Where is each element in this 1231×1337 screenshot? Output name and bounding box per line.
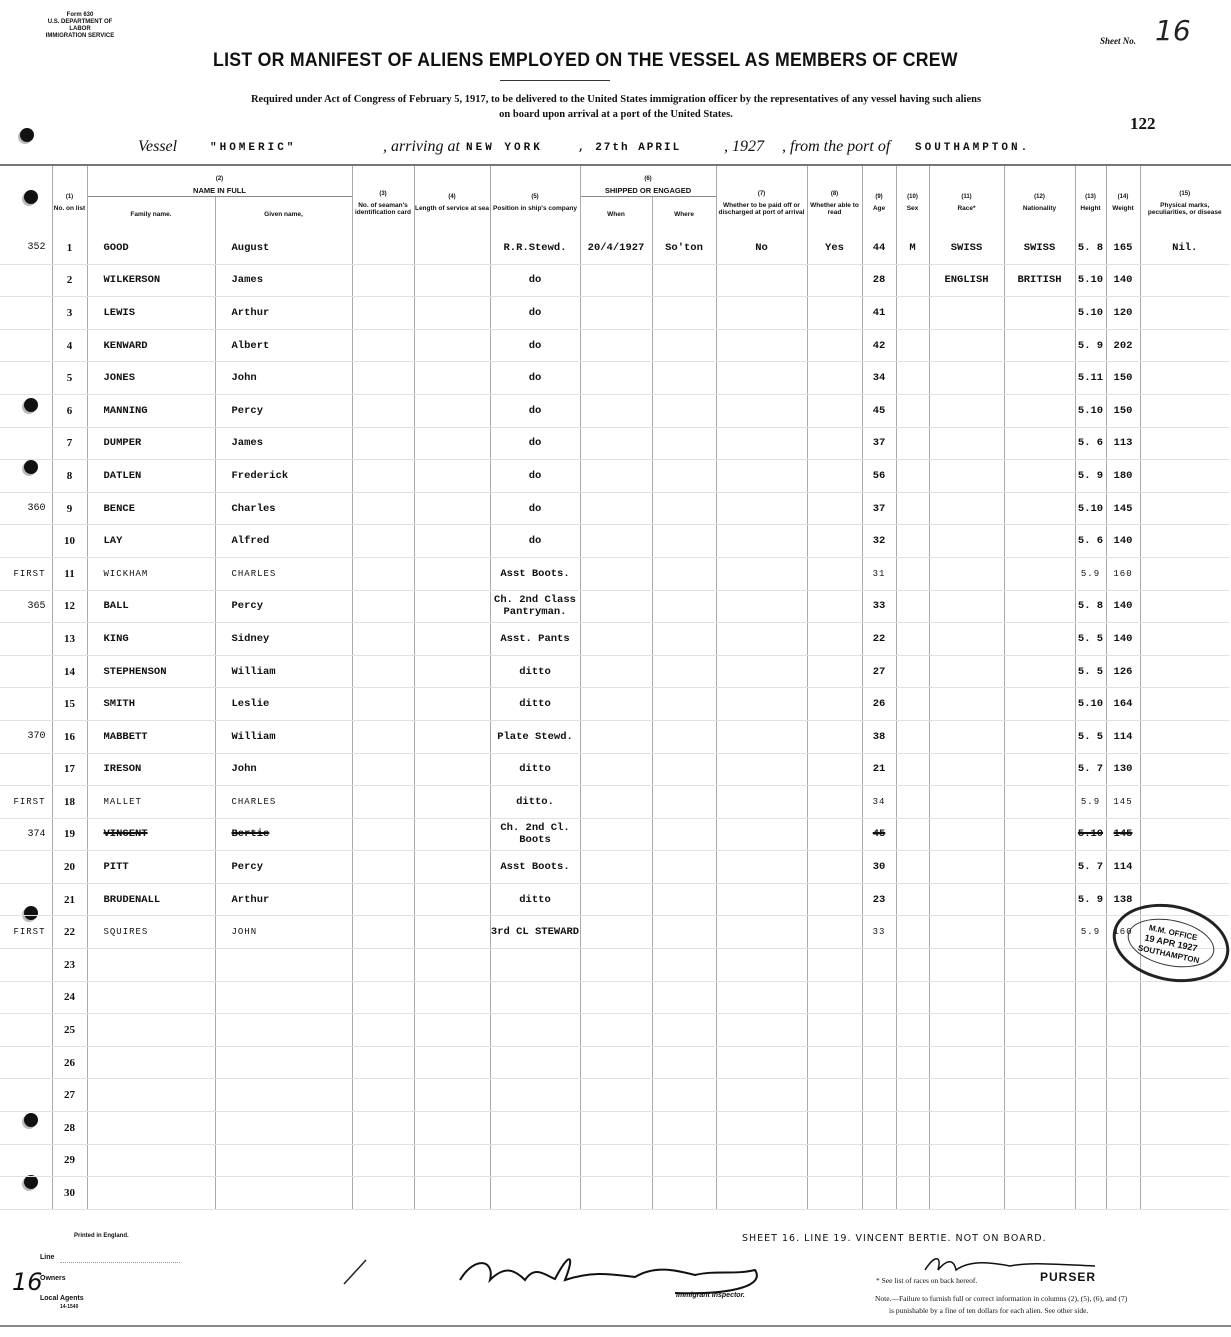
nationality <box>1004 1014 1075 1047</box>
nationality <box>1004 753 1075 786</box>
sex <box>896 1177 929 1210</box>
weight: 114 <box>1106 720 1140 753</box>
id-card <box>352 786 414 819</box>
physical-marks <box>1140 329 1229 362</box>
given-name: CHARLES <box>215 786 352 819</box>
service-length <box>414 655 490 688</box>
able-to-read <box>807 981 862 1014</box>
shipped-where <box>652 981 716 1014</box>
header-height: (13)Height <box>1075 166 1106 232</box>
physical-marks <box>1140 1177 1229 1210</box>
shipped-when <box>580 492 652 525</box>
service-length <box>414 1079 490 1112</box>
table-row: 24 <box>0 981 1229 1014</box>
line-field <box>60 1262 180 1263</box>
position: ditto <box>490 753 580 786</box>
table-row: 10LAYAlfreddo325. 6140 <box>0 525 1229 558</box>
id-card <box>352 264 414 297</box>
family-name: LEWIS <box>87 297 215 330</box>
race <box>929 557 1004 590</box>
sex <box>896 394 929 427</box>
shipped-where <box>652 818 716 851</box>
weight: 113 <box>1106 427 1140 460</box>
weight: 165 <box>1106 232 1140 264</box>
shipped-when <box>580 949 652 982</box>
row-number: 17 <box>52 753 87 786</box>
able-to-read <box>807 1177 862 1210</box>
id-card <box>352 232 414 264</box>
physical-marks <box>1140 362 1229 395</box>
age: 34 <box>862 786 896 819</box>
service-length <box>414 460 490 493</box>
subtitle-line-2: on board upon arrival at a port of the U… <box>160 107 1072 122</box>
header-where: Where <box>652 197 716 233</box>
age: 31 <box>862 557 896 590</box>
family-name <box>87 1079 215 1112</box>
able-to-read <box>807 525 862 558</box>
shipped-when <box>580 460 652 493</box>
form-number: Form 630 <box>40 12 120 19</box>
nationality <box>1004 525 1075 558</box>
margin-note: 365 <box>0 590 52 623</box>
position: ditto. <box>490 786 580 819</box>
position <box>490 1112 580 1145</box>
given-name <box>215 1112 352 1145</box>
able-to-read <box>807 916 862 949</box>
shipped-where <box>652 264 716 297</box>
row-number: 23 <box>52 949 87 982</box>
document-title: LIST OR MANIFEST OF ALIENS EMPLOYED ON T… <box>213 50 958 72</box>
nationality <box>1004 362 1075 395</box>
shipped-when <box>580 753 652 786</box>
row-number: 30 <box>52 1177 87 1210</box>
table-row: 14STEPHENSONWilliamditto275. 5126 <box>0 655 1229 688</box>
nationality <box>1004 460 1075 493</box>
sex <box>896 883 929 916</box>
physical-marks <box>1140 492 1229 525</box>
nationality <box>1004 851 1075 884</box>
height: 5. 8 <box>1075 232 1106 264</box>
nationality <box>1004 394 1075 427</box>
race <box>929 590 1004 623</box>
height: 5.10 <box>1075 688 1106 721</box>
shipped-where <box>652 655 716 688</box>
height: 5. 9 <box>1075 460 1106 493</box>
row-number: 8 <box>52 460 87 493</box>
age: 23 <box>862 883 896 916</box>
position: do <box>490 394 580 427</box>
header-when: When <box>580 197 652 233</box>
row-number: 5 <box>52 362 87 395</box>
service-length <box>414 362 490 395</box>
physical-marks <box>1140 1112 1229 1145</box>
sex <box>896 492 929 525</box>
age: 27 <box>862 655 896 688</box>
physical-marks <box>1140 427 1229 460</box>
agents-label: Local Agents <box>40 1295 84 1302</box>
row-number: 22 <box>52 916 87 949</box>
height: 5.10 <box>1075 394 1106 427</box>
row-number: 25 <box>52 1014 87 1047</box>
age: 21 <box>862 753 896 786</box>
table-row: 13KINGSidneyAsst. Pants225. 5140 <box>0 623 1229 656</box>
shipped-where <box>652 427 716 460</box>
table-row: FIRST11WICKHAMCHARLESAsst Boots.315.9160 <box>0 557 1229 590</box>
margin-note <box>0 394 52 427</box>
form-code: 14-1540 <box>60 1304 78 1310</box>
service-length <box>414 264 490 297</box>
weight: 140 <box>1106 264 1140 297</box>
race <box>929 525 1004 558</box>
shipped-when <box>580 1079 652 1112</box>
family-name: DATLEN <box>87 460 215 493</box>
position: do <box>490 525 580 558</box>
row-number: 6 <box>52 394 87 427</box>
arrival-port: NEW YORK <box>466 142 543 154</box>
header-nationality: (12)Nationality <box>1004 166 1075 232</box>
paid-off <box>716 525 807 558</box>
row-number: 15 <box>52 688 87 721</box>
height: 5.10 <box>1075 818 1106 851</box>
given-name: John <box>215 362 352 395</box>
height: 5. 9 <box>1075 329 1106 362</box>
shipped-where <box>652 1177 716 1210</box>
service: IMMIGRATION SERVICE <box>40 33 120 40</box>
margin-note <box>0 525 52 558</box>
service-length <box>414 297 490 330</box>
able-to-read <box>807 1079 862 1112</box>
shipped-where <box>652 394 716 427</box>
able-to-read <box>807 720 862 753</box>
nationality <box>1004 688 1075 721</box>
service-length <box>414 1144 490 1177</box>
position: do <box>490 492 580 525</box>
shipped-when <box>580 688 652 721</box>
race <box>929 297 1004 330</box>
race <box>929 1046 1004 1079</box>
penalty-note: Note.—Failure to furnish full or correct… <box>875 1293 1127 1317</box>
physical-marks <box>1140 1079 1229 1112</box>
id-card <box>352 362 414 395</box>
paid-off <box>716 557 807 590</box>
paid-off <box>716 1046 807 1079</box>
margin-note <box>0 883 52 916</box>
subtitle-line-1: Required under Act of Congress of Februa… <box>160 92 1072 107</box>
able-to-read <box>807 329 862 362</box>
family-name <box>87 1177 215 1210</box>
table-row: 6MANNINGPercydo455.10150 <box>0 394 1229 427</box>
race <box>929 655 1004 688</box>
margin-note <box>0 623 52 656</box>
departure-port: SOUTHAMPTON. <box>915 142 1030 154</box>
header-sex: (10)Sex <box>896 166 929 232</box>
id-card <box>352 1177 414 1210</box>
id-card <box>352 818 414 851</box>
shipped-when <box>580 851 652 884</box>
age: 45 <box>862 818 896 851</box>
table-row: 37419VINCENTBertieCh. 2nd Cl. Boots455.1… <box>0 818 1229 851</box>
family-name: JONES <box>87 362 215 395</box>
service-length <box>414 232 490 264</box>
given-name <box>215 1014 352 1047</box>
table-row: 37016MABBETTWilliamPlate Stewd.385. 5114 <box>0 720 1229 753</box>
physical-marks <box>1140 655 1229 688</box>
position: do <box>490 297 580 330</box>
shipped-where <box>652 557 716 590</box>
sex <box>896 362 929 395</box>
shipped-when <box>580 264 652 297</box>
service-length <box>414 753 490 786</box>
family-name: KENWARD <box>87 329 215 362</box>
sheet-label: Sheet No. <box>1100 36 1136 46</box>
shipped-where <box>652 623 716 656</box>
age: 26 <box>862 688 896 721</box>
sex <box>896 981 929 1014</box>
weight: 150 <box>1106 362 1140 395</box>
printed-note: Printed in England. <box>74 1233 129 1239</box>
paid-off <box>716 688 807 721</box>
physical-marks <box>1140 1014 1229 1047</box>
id-card <box>352 720 414 753</box>
nationality <box>1004 818 1075 851</box>
family-name <box>87 1112 215 1145</box>
given-name: Arthur <box>215 297 352 330</box>
shipped-when <box>580 1046 652 1079</box>
header-physical-marks: (15)Physical marks, peculiarities, or di… <box>1140 166 1229 232</box>
weight: 202 <box>1106 329 1140 362</box>
weight: 114 <box>1106 851 1140 884</box>
age: 42 <box>862 329 896 362</box>
physical-marks <box>1140 1046 1229 1079</box>
position: do <box>490 460 580 493</box>
shipped-where <box>652 883 716 916</box>
bottom-rule <box>0 1325 1231 1327</box>
races-note: * See list of races on back hereof. <box>876 1276 977 1285</box>
shipped-when <box>580 655 652 688</box>
physical-marks <box>1140 623 1229 656</box>
id-card <box>352 1046 414 1079</box>
sex <box>896 851 929 884</box>
weight: 164 <box>1106 688 1140 721</box>
nationality <box>1004 883 1075 916</box>
margin-note: FIRST <box>0 916 52 949</box>
sex <box>896 786 929 819</box>
shipped-when <box>580 1144 652 1177</box>
nationality <box>1004 492 1075 525</box>
row-number: 11 <box>52 557 87 590</box>
height <box>1075 1014 1106 1047</box>
race: SWISS <box>929 232 1004 264</box>
sex <box>896 1014 929 1047</box>
able-to-read <box>807 1112 862 1145</box>
position: Asst Boots. <box>490 557 580 590</box>
id-card <box>352 590 414 623</box>
weight <box>1106 1079 1140 1112</box>
paid-off <box>716 883 807 916</box>
nationality <box>1004 623 1075 656</box>
sex <box>896 590 929 623</box>
paid-off <box>716 329 807 362</box>
table-row: 20PITTPercyAsst Boots.305. 7114 <box>0 851 1229 884</box>
physical-marks <box>1140 590 1229 623</box>
able-to-read <box>807 818 862 851</box>
id-card <box>352 394 414 427</box>
age: 37 <box>862 427 896 460</box>
able-to-read <box>807 753 862 786</box>
height: 5.10 <box>1075 492 1106 525</box>
header-weight: (14)Weight <box>1106 166 1140 232</box>
penalty-note-line-1: Note.—Failure to furnish full or correct… <box>875 1293 1127 1305</box>
service-length <box>414 1177 490 1210</box>
shipped-where <box>652 949 716 982</box>
nationality <box>1004 786 1075 819</box>
paid-off <box>716 590 807 623</box>
service-length <box>414 1014 490 1047</box>
given-name: Albert <box>215 329 352 362</box>
margin-note: FIRST <box>0 557 52 590</box>
paid-off <box>716 460 807 493</box>
height: 5. 5 <box>1075 655 1106 688</box>
margin-note <box>0 1014 52 1047</box>
department: U.S. DEPARTMENT OF LABOR <box>40 19 120 33</box>
shipped-where <box>652 720 716 753</box>
family-name: KING <box>87 623 215 656</box>
family-name: MALLET <box>87 786 215 819</box>
position: Ch. 2nd Cl. Boots <box>490 818 580 851</box>
physical-marks <box>1140 264 1229 297</box>
position <box>490 981 580 1014</box>
paid-off <box>716 297 807 330</box>
family-name: WICKHAM <box>87 557 215 590</box>
family-name <box>87 981 215 1014</box>
page-number: 122 <box>1130 114 1156 134</box>
physical-marks <box>1140 460 1229 493</box>
shipped-where <box>652 916 716 949</box>
row-number: 28 <box>52 1112 87 1145</box>
paid-off <box>716 1144 807 1177</box>
row-number: 21 <box>52 883 87 916</box>
row-number: 12 <box>52 590 87 623</box>
able-to-read <box>807 362 862 395</box>
id-card <box>352 329 414 362</box>
sex <box>896 460 929 493</box>
age: 33 <box>862 916 896 949</box>
table-row: 15SMITHLeslieditto265.10164 <box>0 688 1229 721</box>
table-row: 5JONESJohndo345.11150 <box>0 362 1229 395</box>
arrival-year: , 1927 <box>724 138 764 156</box>
shipped-where <box>652 688 716 721</box>
sex <box>896 329 929 362</box>
paid-off <box>716 753 807 786</box>
position <box>490 949 580 982</box>
age <box>862 981 896 1014</box>
able-to-read <box>807 949 862 982</box>
age: 32 <box>862 525 896 558</box>
given-name: CHARLES <box>215 557 352 590</box>
height: 5. 7 <box>1075 851 1106 884</box>
shipped-when <box>580 786 652 819</box>
vessel-name: "HOMERIC" <box>210 142 296 154</box>
sex <box>896 720 929 753</box>
paid-off <box>716 394 807 427</box>
id-card <box>352 916 414 949</box>
form-identifier: Form 630 U.S. DEPARTMENT OF LABOR IMMIGR… <box>40 12 120 40</box>
position <box>490 1144 580 1177</box>
nationality <box>1004 1079 1075 1112</box>
id-card <box>352 883 414 916</box>
able-to-read <box>807 623 862 656</box>
paid-off <box>716 264 807 297</box>
sex <box>896 623 929 656</box>
family-name: IRESON <box>87 753 215 786</box>
physical-marks <box>1140 1144 1229 1177</box>
header-given-name: Given name, <box>215 197 352 233</box>
purser-annotation: SHEET 16. LINE 19. VINCENT BERTIE. NOT O… <box>742 1233 1047 1244</box>
margin-note <box>0 427 52 460</box>
nationality <box>1004 720 1075 753</box>
table-row: 30 <box>0 1177 1229 1210</box>
row-number: 2 <box>52 264 87 297</box>
race <box>929 1177 1004 1210</box>
given-name: James <box>215 427 352 460</box>
service-length <box>414 1046 490 1079</box>
shipped-where <box>652 590 716 623</box>
header-age: (9)Age <box>862 166 896 232</box>
position <box>490 1014 580 1047</box>
family-name: BALL <box>87 590 215 623</box>
line-label: Line <box>40 1254 54 1261</box>
height: 5. 6 <box>1075 427 1106 460</box>
height: 5.10 <box>1075 297 1106 330</box>
nationality: SWISS <box>1004 232 1075 264</box>
table-row: 2WILKERSONJamesdo28ENGLISHBRITISH5.10140 <box>0 264 1229 297</box>
age: 44 <box>862 232 896 264</box>
height: 5. 5 <box>1075 623 1106 656</box>
able-to-read <box>807 297 862 330</box>
margin-note <box>0 1144 52 1177</box>
race <box>929 492 1004 525</box>
given-name <box>215 1046 352 1079</box>
family-name <box>87 1014 215 1047</box>
able-to-read <box>807 786 862 819</box>
race <box>929 1144 1004 1177</box>
shipped-where <box>652 460 716 493</box>
crew-manifest-table: (1)No. on list (2)NAME IN FULL (3)No. of… <box>0 166 1229 1210</box>
paid-off: No <box>716 232 807 264</box>
shipped-where <box>652 297 716 330</box>
weight <box>1106 1177 1140 1210</box>
shipped-where <box>652 492 716 525</box>
age: 33 <box>862 590 896 623</box>
sex <box>896 525 929 558</box>
age: 34 <box>862 362 896 395</box>
sex <box>896 297 929 330</box>
table-row: FIRST22SQUIRESJOHN3rd CL STEWARD335.9160 <box>0 916 1229 949</box>
race <box>929 1079 1004 1112</box>
given-name: Bertie <box>215 818 352 851</box>
subtitle: Required under Act of Congress of Februa… <box>160 92 1072 122</box>
header-id-card: (3)No. of seaman's identification card <box>352 166 414 232</box>
position: Asst. Pants <box>490 623 580 656</box>
shipped-when <box>580 623 652 656</box>
given-name <box>215 1144 352 1177</box>
height: 5.11 <box>1075 362 1106 395</box>
able-to-read <box>807 1144 862 1177</box>
family-name: SMITH <box>87 688 215 721</box>
able-to-read: Yes <box>807 232 862 264</box>
paid-off <box>716 1014 807 1047</box>
shipped-when <box>580 427 652 460</box>
